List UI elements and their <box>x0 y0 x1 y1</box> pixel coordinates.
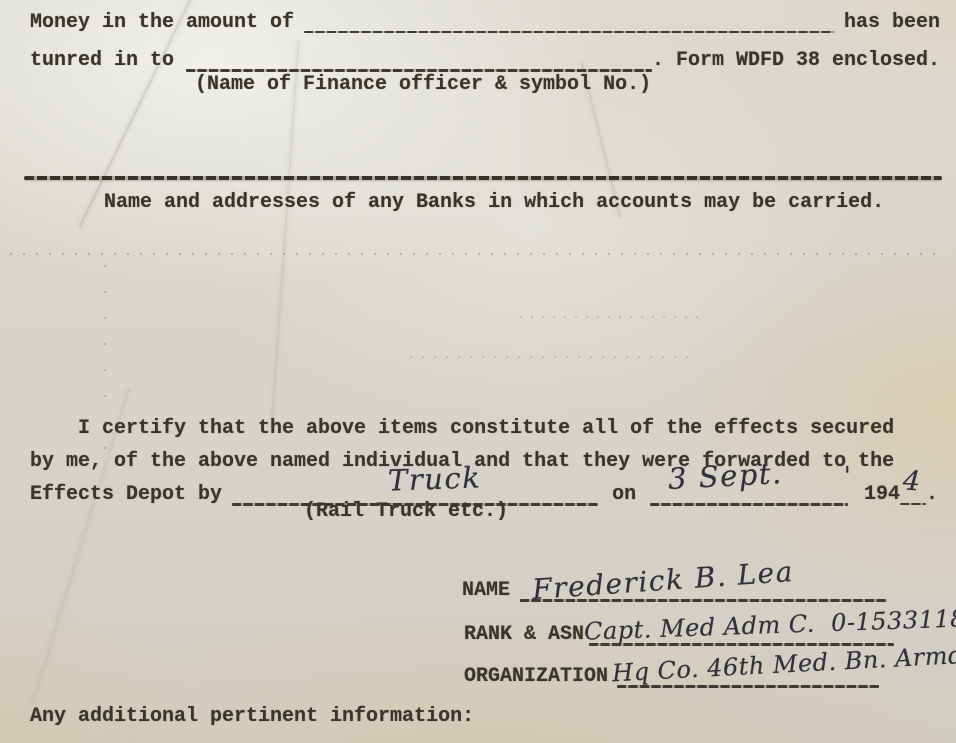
rail-truck-caption: (Rail Truck etc.) <box>304 501 508 523</box>
turned-in-line: tunred in to . Form WDFD 38 enclosed. <box>30 50 940 72</box>
certify-end-punct: . <box>926 484 938 506</box>
name-label: NAME <box>462 580 510 602</box>
additional-info-heading: Any additional pertinent information: <box>30 706 474 728</box>
year-tick-mark: ' <box>844 462 852 490</box>
turned-in-suffix: . Form WDFD 38 enclosed. <box>652 50 940 72</box>
organization-label: ORGANIZATION <box>464 666 608 688</box>
rank-label: RANK & ASN <box>464 624 584 646</box>
certify-on-word: on <box>612 484 636 506</box>
section-divider-line <box>24 176 942 180</box>
date-handwritten-value: 3 Sept. <box>667 456 783 496</box>
finance-officer-blank <box>186 50 652 72</box>
money-line-prefix: Money in the amount of <box>30 12 294 34</box>
certify-line-1: I certify that the above items constitut… <box>30 418 894 440</box>
money-line-suffix: has been <box>844 12 940 34</box>
transport-handwritten-value: Truck <box>387 460 481 497</box>
certify-line-3-prefix: Effects Depot by <box>30 484 222 506</box>
turned-in-prefix: tunred in to <box>30 50 174 72</box>
banks-heading: Name and addresses of any Banks in which… <box>104 192 884 214</box>
year-typed: 194 <box>864 484 900 506</box>
year-handwritten-digit: 4 <box>902 465 923 497</box>
money-line: Money in the amount of has been <box>30 12 940 34</box>
money-amount-blank <box>304 12 834 34</box>
finance-officer-caption: (Name of Finance officer & symbol No.) <box>195 74 651 96</box>
